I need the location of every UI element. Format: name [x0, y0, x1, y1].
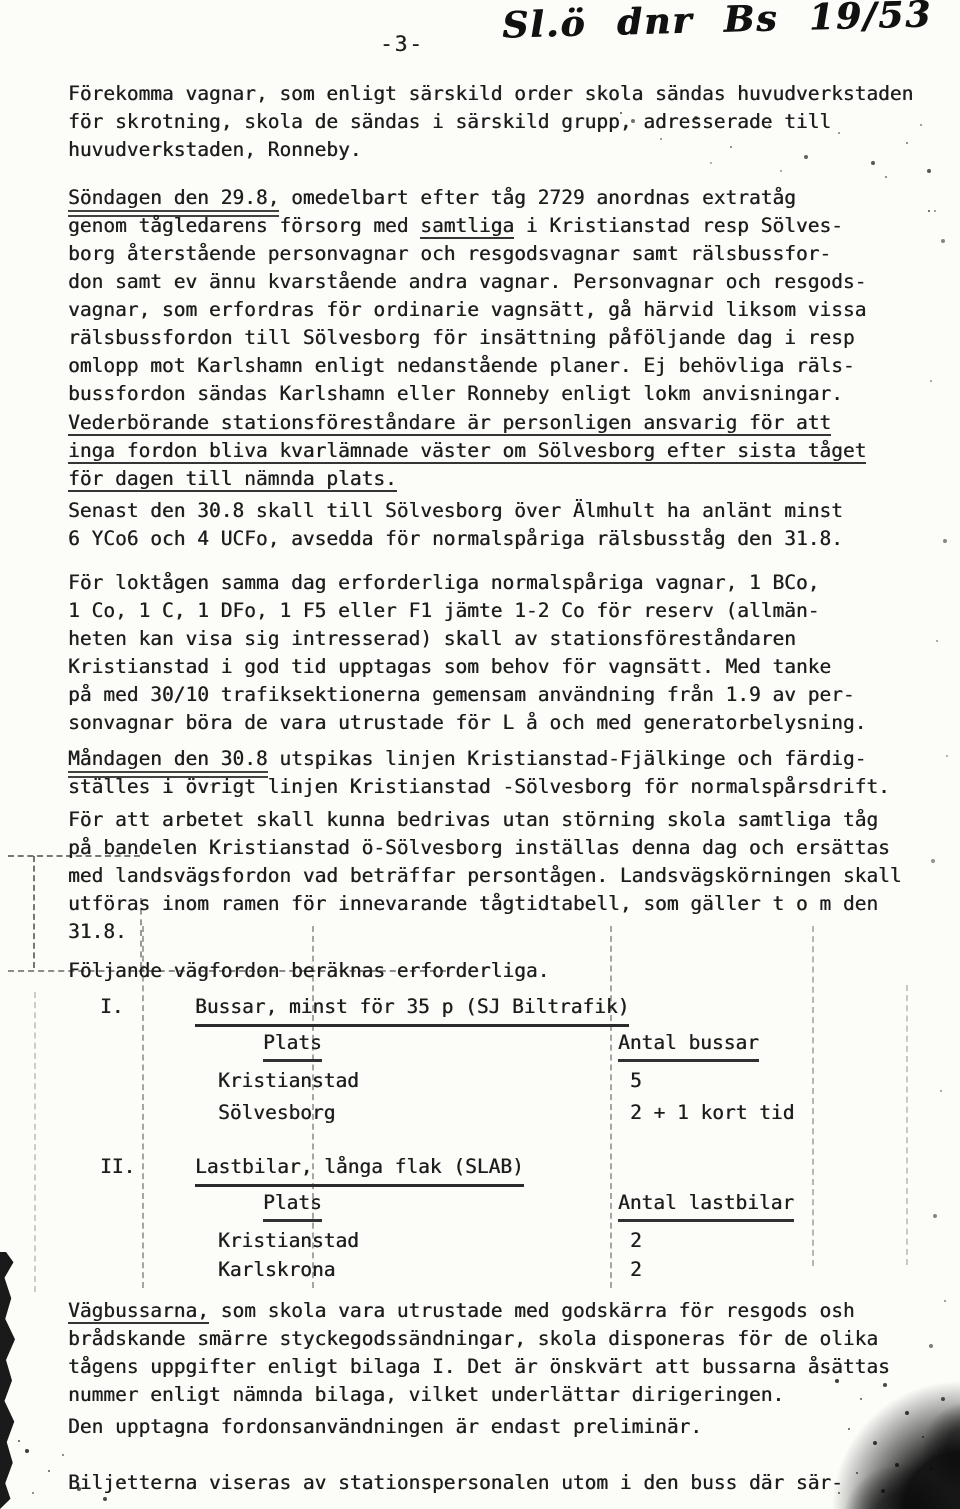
paragraph: För att arbetet skall kunna bedrivas uta… — [68, 806, 920, 946]
text-segment: Biljetterna viseras av stationspersonale… — [68, 1471, 843, 1494]
text-segment: i Kristianstad resp Sölves- — [514, 214, 843, 237]
text-line: Senast den 30.8 skall till Sölvesborg öv… — [68, 497, 920, 525]
text-segment: 31.8. — [68, 920, 127, 943]
table-header-row: PlatsAntal bussar — [68, 1029, 920, 1067]
paragraph: Vederbörande stationsföreståndare är per… — [68, 409, 920, 493]
ink-smudge-left-edge — [0, 1252, 15, 1509]
text-segment: borg återstående personvagnar och resgod… — [68, 242, 831, 265]
text-line: 31.8. — [68, 918, 920, 946]
text-segment: 1 Co, 1 C, 1 DFo, 1 F5 eller F1 jämte 1-… — [68, 599, 819, 622]
text-line: tågens uppgifter enligt bilaga I. Det är… — [68, 1353, 920, 1381]
paragraph: Följande vägfordon beräknas erforderliga… — [68, 957, 920, 985]
emphasized-text: samtliga — [420, 214, 514, 239]
text-line: ställes i övrigt linjen Kristianstad -Sö… — [68, 773, 920, 801]
emphasized-text: för dagen till nämnda plats. — [68, 467, 397, 492]
paragraph: Den upptagna fordonsanvändningen är enda… — [68, 1413, 920, 1441]
handwritten-registry-stamp: Sl.ö dnr Bs 19/53 — [502, 0, 933, 39]
scan-noise-speckles — [18, 1440, 20, 1442]
table-header-row: PlatsAntal lastbilar — [68, 1189, 920, 1227]
text-line: rälsbussfordon till Sölvesborg för insät… — [68, 324, 920, 352]
text-segment: genom tågledarens försorg med — [68, 214, 420, 237]
text-line: nummer enligt nämnda bilaga, vilket unde… — [68, 1381, 920, 1409]
text-segment: sonvagnar böra de vara utrustade för L å… — [68, 711, 866, 734]
text-line: på bandelen Kristianstad ö-Sölvesborg in… — [68, 834, 920, 862]
text-line: sonvagnar böra de vara utrustade för L å… — [68, 709, 920, 737]
text-segment: tågens uppgifter enligt bilaga I. Det är… — [68, 1355, 890, 1378]
text-line: Följande vägfordon beräknas erforderliga… — [68, 957, 920, 985]
section-title: Lastbilar, långa flak (SLAB) — [195, 1153, 524, 1187]
text-line: omlopp mot Karlshamn enligt nedanstående… — [68, 352, 920, 380]
text-line: Vederbörande stationsföreståndare är per… — [68, 409, 920, 437]
table-row: Kristianstad2 — [68, 1227, 920, 1256]
emphasized-text: Vägbussarna, — [68, 1299, 209, 1324]
paragraph: För loktågen samma dag erforderliga norm… — [68, 569, 920, 737]
text-segment: Förekomma vagnar, som enligt särskild or… — [68, 82, 913, 105]
table-row: Kristianstad5 — [68, 1067, 920, 1099]
column-header-plats: Plats — [263, 1029, 322, 1062]
text-line: För att arbetet skall kunna bedrivas uta… — [68, 806, 920, 834]
document-body: Förekomma vagnar, som enligt särskild or… — [68, 80, 920, 1497]
text-line: huvudverkstaden, Ronneby. — [68, 136, 920, 164]
table-cell-place: Kristianstad — [218, 1067, 359, 1095]
table-cell-count: 2 + 1 kort tid — [630, 1099, 794, 1127]
text-line: Söndagen den 29.8, omedelbart efter tåg … — [68, 184, 920, 212]
text-line: bussfordon sändas Karlshamn eller Ronneb… — [68, 380, 920, 408]
paragraph: Söndagen den 29.8, omedelbart efter tåg … — [68, 184, 920, 408]
text-line: vagnar, som erfordras för ordinarie vagn… — [68, 296, 920, 324]
text-line: Förekomma vagnar, som enligt särskild or… — [68, 80, 920, 108]
text-line: för dagen till nämnda plats. — [68, 465, 920, 493]
section-title: Bussar, minst för 35 p (SJ Biltrafik) — [195, 993, 629, 1027]
text-segment: Senast den 30.8 skall till Sölvesborg öv… — [68, 499, 843, 522]
text-line: Biljetterna viseras av stationspersonale… — [68, 1469, 920, 1497]
pencil-bracket-line — [33, 856, 35, 968]
text-segment: rälsbussfordon till Sölvesborg för insät… — [68, 326, 855, 349]
page-number: -3- — [380, 30, 424, 58]
text-segment: För att arbetet skall kunna bedrivas uta… — [68, 808, 878, 831]
text-segment: Kristianstad i god tid upptagas som beho… — [68, 655, 831, 678]
paragraph: Biljetterna viseras av stationspersonale… — [68, 1469, 920, 1497]
text-segment: brådskande smärre styckegodssändningar, … — [68, 1327, 878, 1350]
text-segment: för skrotning, skola de sändas i särskil… — [68, 110, 831, 133]
column-header-plats: Plats — [263, 1189, 322, 1222]
table-cell-place: Karlskrona — [218, 1256, 335, 1284]
fold-crease-line — [34, 992, 36, 1292]
text-segment: 6 YCo6 och 4 UCFo, avsedda för normalspå… — [68, 527, 843, 550]
scan-noise-speckles — [928, 210, 930, 212]
section-heading: II.Lastbilar, långa flak (SLAB) — [68, 1153, 920, 1189]
text-segment: huvudverkstaden, Ronneby. — [68, 138, 362, 161]
text-line: För loktågen samma dag erforderliga norm… — [68, 569, 920, 597]
text-line: utföras inom ramen för innevarande tågti… — [68, 890, 920, 918]
table-cell-count: 5 — [630, 1067, 642, 1095]
text-segment: heten kan visa sig intresserad) skall av… — [68, 627, 796, 650]
text-line: genom tågledarens försorg med samtliga i… — [68, 212, 920, 240]
text-line: 1 Co, 1 C, 1 DFo, 1 F5 eller F1 jämte 1-… — [68, 597, 920, 625]
text-segment: ställes i övrigt linjen Kristianstad -Sö… — [68, 775, 890, 798]
section-numeral: I. — [100, 993, 123, 1021]
column-header-antal: Antal bussar — [618, 1029, 759, 1062]
table-cell-count: 2 — [630, 1227, 642, 1255]
text-segment: Följande vägfordon beräknas erforderliga… — [68, 959, 549, 982]
paragraph: Senast den 30.8 skall till Sölvesborg öv… — [68, 497, 920, 553]
section-heading: I.Bussar, minst för 35 p (SJ Biltrafik) — [68, 993, 920, 1029]
table-cell-place: Kristianstad — [218, 1227, 359, 1255]
vehicle-table: PlatsAntal lastbilarKristianstad2Karlskr… — [68, 1189, 920, 1285]
section: II.Lastbilar, långa flak (SLAB)PlatsAnta… — [68, 1153, 920, 1285]
text-line: inga fordon bliva kvarlämnade väster om … — [68, 437, 920, 465]
text-segment: Den upptagna fordonsanvändningen är enda… — [68, 1415, 702, 1438]
table-row: Sölvesborg2 + 1 kort tid — [68, 1099, 920, 1131]
text-line: på med 30/10 trafiksektionerna gemensam … — [68, 681, 920, 709]
text-segment: bussfordon sändas Karlshamn eller Ronneb… — [68, 382, 843, 405]
text-segment: på bandelen Kristianstad ö-Sölvesborg in… — [68, 836, 890, 859]
text-segment: nummer enligt nämnda bilaga, vilket unde… — [68, 1383, 784, 1406]
paragraph: Vägbussarna, som skola vara utrustade me… — [68, 1297, 920, 1409]
text-segment: som skola vara utrustade med godskärra f… — [209, 1299, 855, 1322]
text-line: för skrotning, skola de sändas i särskil… — [68, 108, 920, 136]
text-line: brådskande smärre styckegodssändningar, … — [68, 1325, 920, 1353]
text-segment: utspikas linjen Kristianstad-Fjälkinge o… — [268, 747, 867, 770]
text-line: Kristianstad i god tid upptagas som beho… — [68, 653, 920, 681]
emphasized-text: Vederbörande stationsföreståndare är per… — [68, 411, 831, 436]
section-numeral: II. — [100, 1153, 135, 1181]
text-segment: omedelbart efter tåg 2729 anordnas extra… — [279, 186, 796, 209]
text-segment: vagnar, som erfordras för ordinarie vagn… — [68, 298, 866, 321]
scanned-document-page: Sl.ö dnr Bs 19/53 -3- Förekomma vagnar, … — [0, 0, 960, 1509]
text-line: heten kan visa sig intresserad) skall av… — [68, 625, 920, 653]
text-line: Vägbussarna, som skola vara utrustade me… — [68, 1297, 920, 1325]
text-line: med landsvägsfordon vad beträffar person… — [68, 862, 920, 890]
text-segment: omlopp mot Karlshamn enligt nedanstående… — [68, 354, 855, 377]
emphasized-text: inga fordon bliva kvarlämnade väster om … — [68, 439, 866, 464]
text-segment: don samt ev ännu kvarstående andra vagna… — [68, 270, 866, 293]
text-line: Måndagen den 30.8 utspikas linjen Kristi… — [68, 745, 920, 773]
text-segment: utföras inom ramen för innevarande tågti… — [68, 892, 878, 915]
table-cell-place: Sölvesborg — [218, 1099, 335, 1127]
text-segment: För loktågen samma dag erforderliga norm… — [68, 571, 819, 594]
text-line: borg återstående personvagnar och resgod… — [68, 240, 920, 268]
text-segment: med landsvägsfordon vad beträffar person… — [68, 864, 902, 887]
text-segment: på med 30/10 trafiksektionerna gemensam … — [68, 683, 855, 706]
paragraph: Måndagen den 30.8 utspikas linjen Kristi… — [68, 745, 920, 801]
text-line: Den upptagna fordonsanvändningen är enda… — [68, 1413, 920, 1441]
text-line: 6 YCo6 och 4 UCFo, avsedda för normalspå… — [68, 525, 920, 553]
paragraph: Förekomma vagnar, som enligt särskild or… — [68, 80, 920, 164]
table-cell-count: 2 — [630, 1256, 642, 1284]
text-line: don samt ev ännu kvarstående andra vagna… — [68, 268, 920, 296]
vehicle-table: PlatsAntal bussarKristianstad5Sölvesborg… — [68, 1029, 920, 1131]
table-row: Karlskrona2 — [68, 1256, 920, 1285]
section: I.Bussar, minst för 35 p (SJ Biltrafik)P… — [68, 993, 920, 1131]
column-header-antal: Antal lastbilar — [618, 1189, 794, 1222]
